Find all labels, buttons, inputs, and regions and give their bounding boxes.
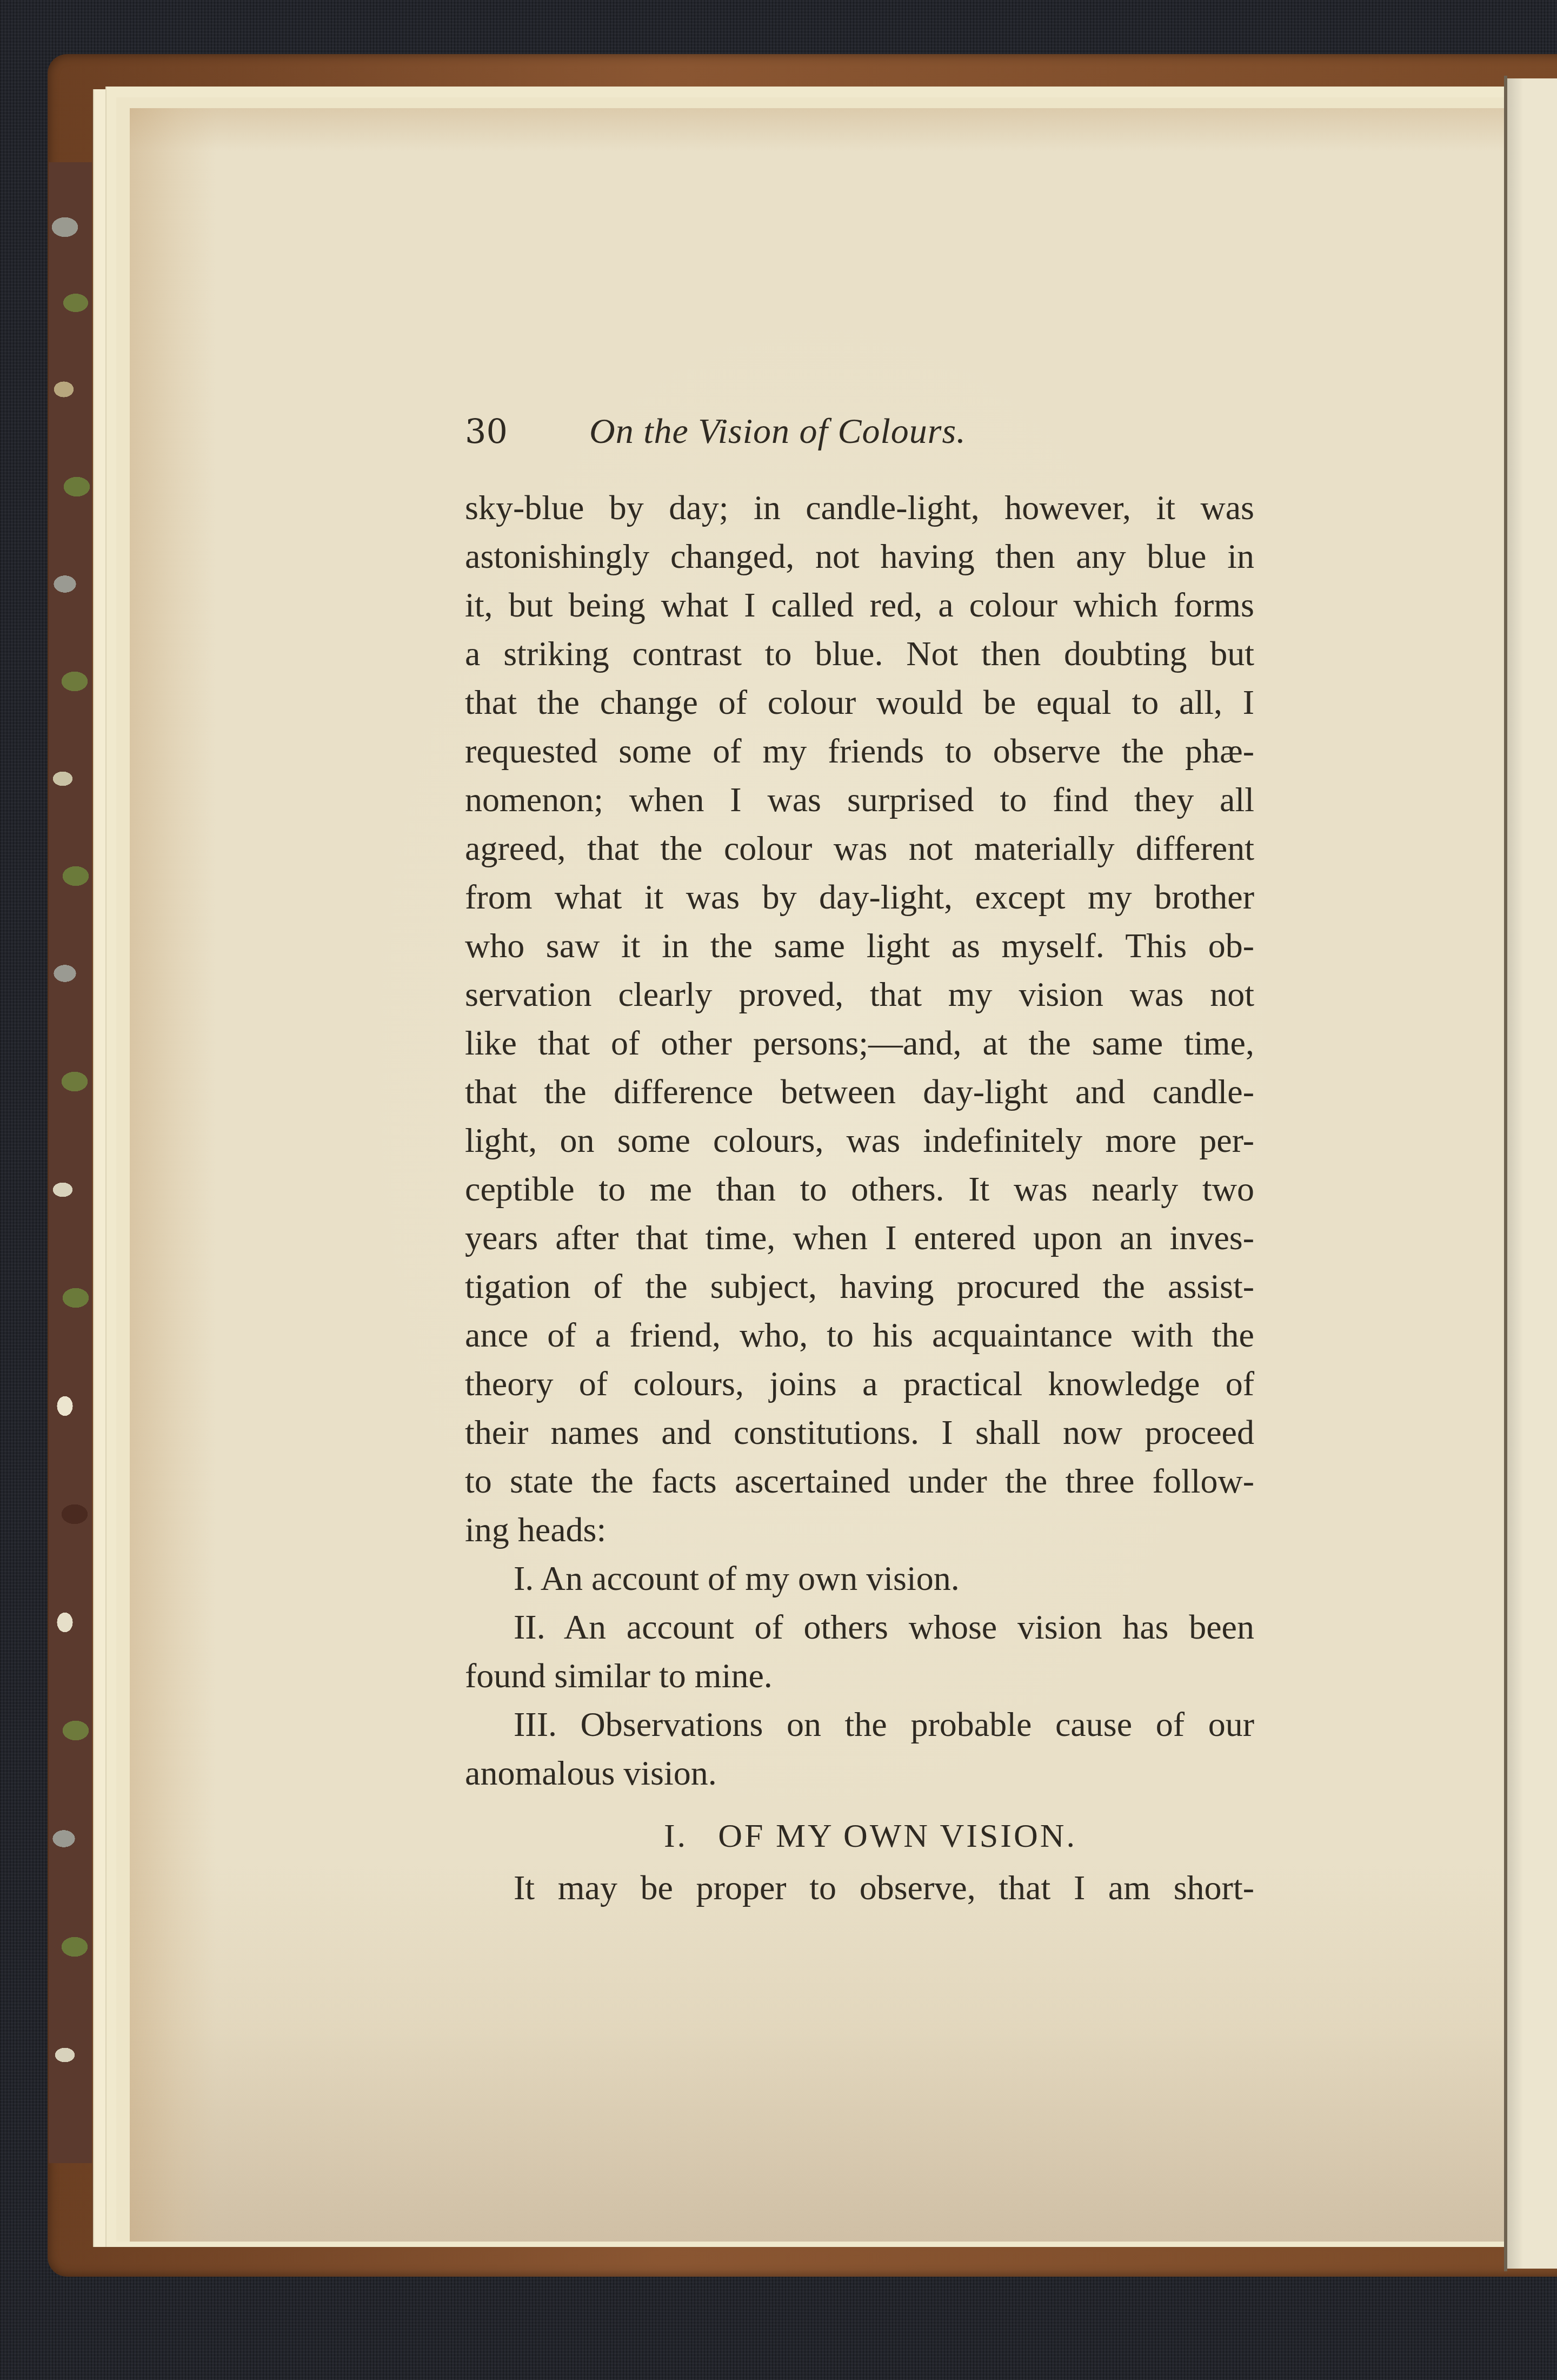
text-line: years after that time, when I entered up…: [465, 1214, 1254, 1262]
list-item-head-2-cont: found similar to mine.: [465, 1652, 1254, 1700]
text-line: agreed, that the colour was not material…: [465, 824, 1254, 873]
text-line: ceptible to me than to others. It was ne…: [465, 1165, 1254, 1214]
text-line: theory of colours, joins a practical kno…: [465, 1360, 1254, 1408]
text-line: requested some of my friends to observe …: [465, 727, 1254, 775]
list-item-head-3-cont: anomalous vision.: [465, 1749, 1254, 1798]
text-line: servation clearly proved, that my vision…: [465, 970, 1254, 1019]
marbled-endpaper: [49, 162, 92, 2163]
page-content: 30 On the Vision of Colours. sky-blue by…: [465, 411, 1254, 1912]
text-line: it, but being what I called red, a colou…: [465, 581, 1254, 629]
list-item-head-1: I. An account of my own vision.: [465, 1554, 1254, 1603]
text-line: nomenon; when I was surprised to find th…: [465, 775, 1254, 824]
text-line: tigation of the subject, having procured…: [465, 1262, 1254, 1311]
text-line: like that of other persons;—and, at the …: [465, 1019, 1254, 1068]
running-head: 30 On the Vision of Colours.: [465, 411, 1254, 476]
text-line: light, on some colours, was indefinitely…: [465, 1116, 1254, 1165]
section-title: OF MY OWN VISION.: [718, 1818, 1077, 1854]
body-text: sky-blue by day; in candle-light, howeve…: [465, 483, 1254, 1798]
list-item-head-3: III. Observations on the probable cause …: [465, 1700, 1254, 1749]
text-line: that the change of colour would be equal…: [465, 678, 1254, 727]
page-number: 30: [465, 412, 589, 451]
section-number: I.: [664, 1818, 688, 1854]
text-line: a striking contrast to blue. Not then do…: [465, 629, 1254, 678]
text-line: It may be proper to observe, that I am s…: [465, 1864, 1254, 1912]
text-line: who saw it in the same light as myself. …: [465, 921, 1254, 970]
text-line: from what it was by day-light, except my…: [465, 873, 1254, 921]
text-line: to state the facts ascertained under the…: [465, 1457, 1254, 1506]
section-heading: I.OF MY OWN VISION.: [465, 1812, 1254, 1860]
text-line: that the difference between day-light an…: [465, 1068, 1254, 1116]
facing-page-edge: [1507, 78, 1557, 2269]
text-line: their names and constitutions. I shall n…: [465, 1408, 1254, 1457]
running-title: On the Vision of Colours.: [589, 411, 966, 452]
list-item-head-2: II. An account of others whose vision ha…: [465, 1603, 1254, 1652]
text-line: astonishingly changed, not having then a…: [465, 532, 1254, 581]
text-line: ance of a friend, who, to his acquaintan…: [465, 1311, 1254, 1360]
text-line: sky-blue by day; in candle-light, howeve…: [465, 483, 1254, 532]
text-line: ing heads:: [465, 1506, 1254, 1554]
